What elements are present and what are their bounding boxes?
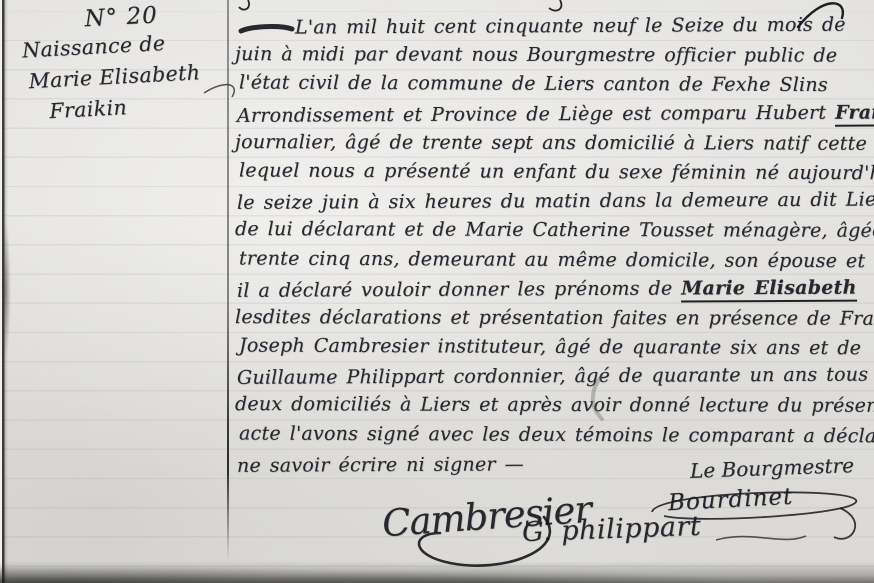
- line-text: trente cinq ans, demeurant au même domic…: [239, 247, 874, 272]
- line-text: juin à midi par devant nous Bourgmestre …: [235, 43, 837, 67]
- line-text: journalier, âgé de trente sept ans domic…: [235, 131, 874, 155]
- line-text: de lui déclarant et de Marie Catherine T…: [235, 218, 874, 242]
- act-body-text: L'an mil huit cent cinquante neuf le Sei…: [237, 12, 874, 479]
- line-text: acte l'avons signé avec les deux témoins…: [239, 422, 874, 447]
- manuscript-line: lesdites déclarations et présentation fa…: [235, 303, 874, 334]
- manuscript-line: L'an mil huit cent cinquante neuf le Sei…: [237, 10, 874, 43]
- manuscript-line: le seize juin à six heures du matin dans…: [237, 185, 874, 218]
- line-text: lesdites déclarations et présentation fa…: [235, 306, 874, 330]
- manuscript-line: journalier, âgé de trente sept ans domic…: [235, 128, 874, 159]
- line-text: Joseph Cambresier instituteur, âgé de qu…: [239, 335, 861, 360]
- stray-stroke-top-mid: [549, 0, 561, 11]
- bourgmestre-flourish-tail: [834, 508, 855, 539]
- scan-left-smudge: [3, 220, 11, 360]
- manuscript-line: de lui déclarant et de Marie Catherine T…: [235, 215, 874, 246]
- manuscript-line: Guillaume Philippart cordonnier, âgé de …: [237, 360, 874, 393]
- manuscript-line: deux domiciliés à Liers et après avoir d…: [235, 391, 874, 422]
- scan-bottom-shadow: [0, 557, 874, 583]
- line-text: Arrondissement et Province de Liège est …: [237, 101, 835, 126]
- scanned-birth-record-page: N° 20 Naissance de Marie Elisabeth Fraik…: [0, 0, 874, 583]
- line-text: lequel nous a présenté un enfant du sexe…: [239, 159, 874, 184]
- manuscript-line: acte l'avons signé avec les deux témoins…: [239, 419, 874, 451]
- manuscript-line: trente cinq ans, demeurant au même domic…: [239, 244, 874, 276]
- philippart-flourish: [716, 536, 806, 540]
- stray-stroke-top-left: [239, 0, 249, 10]
- line-text: l'état civil de la commune de Liers cant…: [239, 72, 828, 97]
- manuscript-line: juin à midi par devant nous Bourgmestre …: [235, 40, 874, 71]
- underlined-given-names: Marie Elisabeth: [681, 276, 857, 302]
- line-text: Guillaume Philippart cordonnier, âgé de …: [237, 364, 874, 389]
- line-text: le seize juin à six heures du matin dans…: [237, 189, 874, 214]
- signature-philippart: G. philippart: [522, 511, 702, 548]
- line-text: L'an mil huit cent cinquante neuf le Sei…: [295, 14, 846, 39]
- line-text: deux domiciliés à Liers et après avoir d…: [235, 394, 874, 418]
- manuscript-line: Arrondissement et Province de Liège est …: [237, 98, 874, 131]
- line-text: ne savoir écrire ni signer —: [237, 453, 524, 477]
- manuscript-line: Joseph Cambresier instituteur, âgé de qu…: [239, 332, 874, 364]
- manuscript-line: l'état civil de la commune de Liers cant…: [239, 69, 874, 101]
- manuscript-line: lequel nous a présenté un enfant du sexe…: [239, 156, 874, 188]
- line-text: il a déclaré vouloir donner les prénoms …: [237, 277, 681, 301]
- manuscript-line: il a déclaré vouloir donner les prénoms …: [237, 273, 874, 306]
- underlined-surname: Fraikin: [835, 101, 874, 127]
- margin-annotation: N° 20 Naissance de Marie Elisabeth Fraik…: [12, 0, 230, 129]
